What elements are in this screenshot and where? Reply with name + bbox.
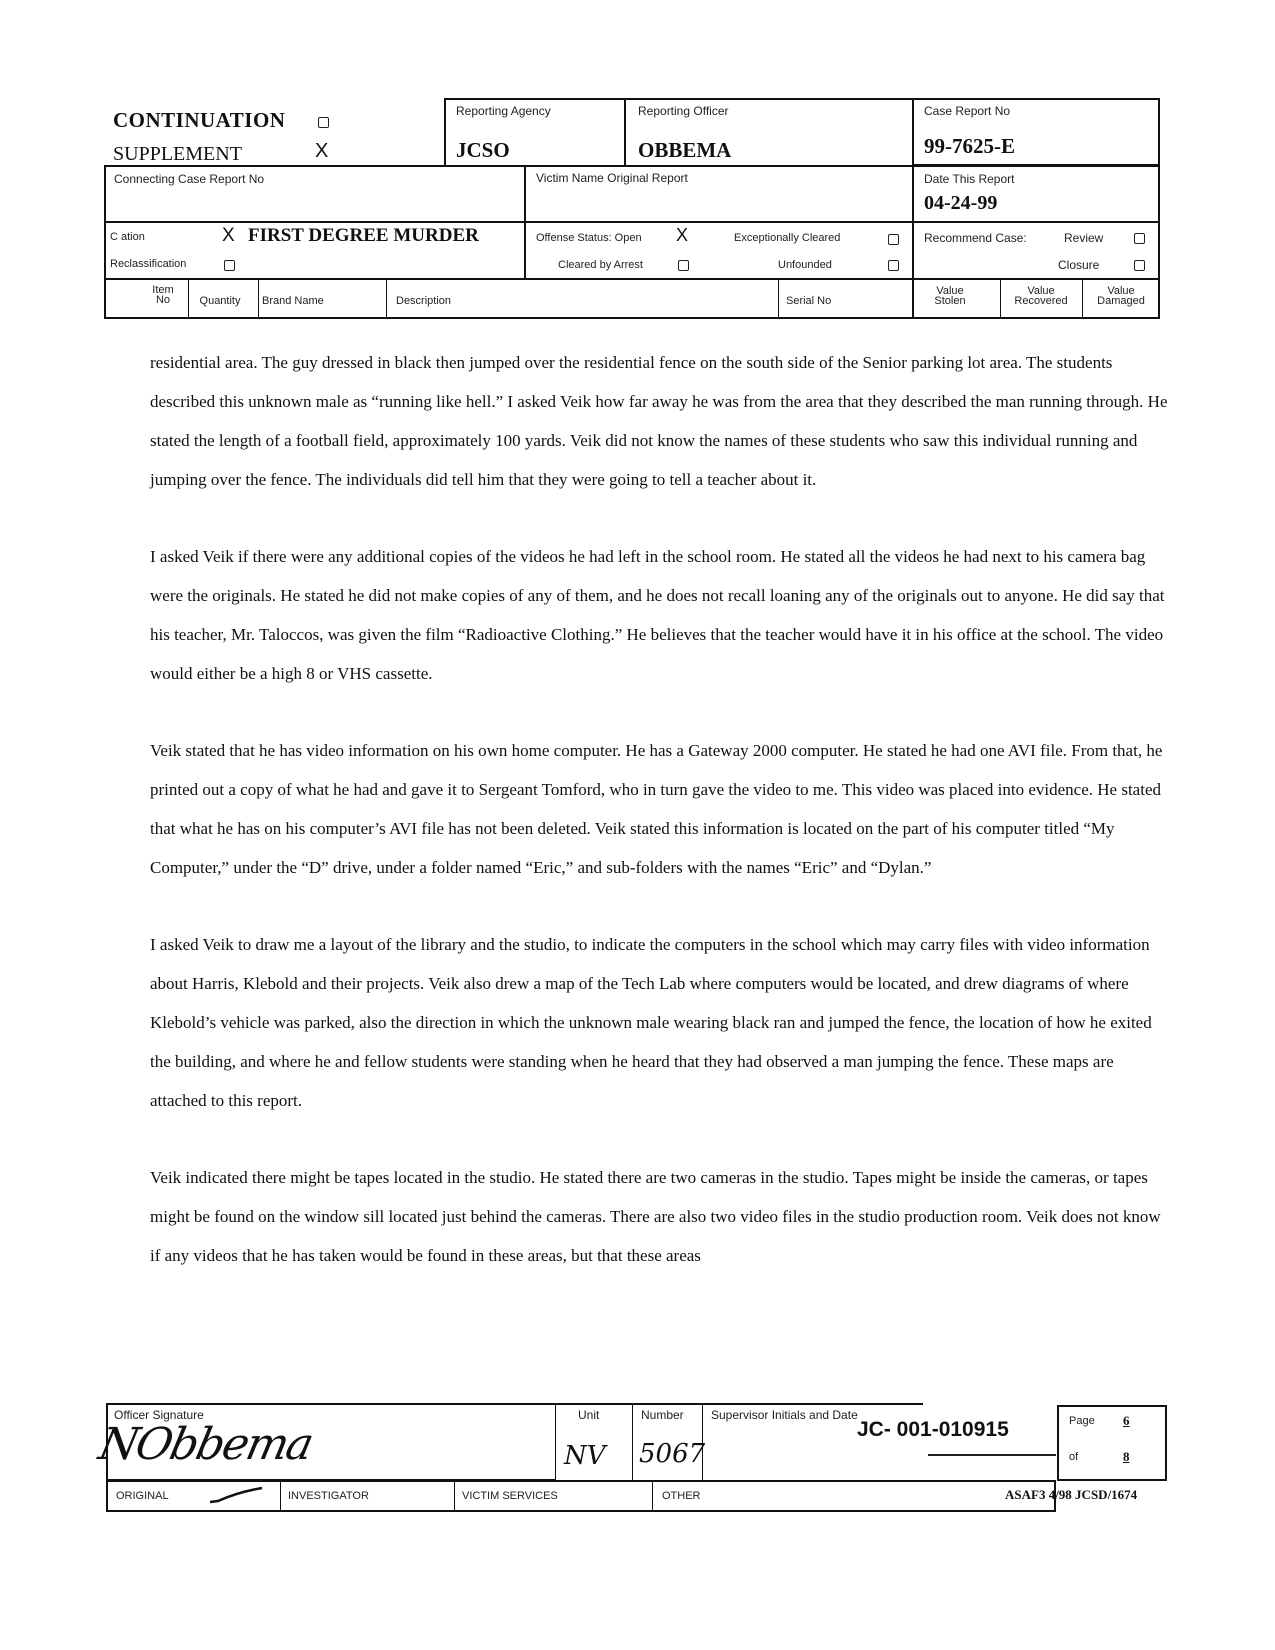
continuation-checkbox[interactable] bbox=[318, 117, 329, 128]
narrative-paragraph: Veik stated that he has video informatio… bbox=[150, 731, 1170, 887]
page-value: 6 bbox=[1123, 1413, 1130, 1429]
officer-signature: NObbema bbox=[95, 1419, 317, 1470]
reclassification-label: Reclassification bbox=[110, 258, 186, 270]
document-id: JC- 001-010915 bbox=[857, 1418, 1009, 1442]
case-report-no-field: Case Report No 99-7625-E bbox=[912, 98, 1160, 166]
form-code: ASAF3 4/98 JCSD/1674 bbox=[1005, 1487, 1137, 1503]
of-label: of bbox=[1069, 1451, 1078, 1463]
narrative-paragraph: I asked Veik if there were any additiona… bbox=[150, 537, 1170, 693]
report-narrative: residential area. The guy dressed in bla… bbox=[150, 343, 1170, 1313]
reporting-agency-value: JCSO bbox=[456, 138, 510, 163]
exceptionally-cleared-checkbox[interactable] bbox=[888, 234, 899, 245]
page-label: Page bbox=[1069, 1415, 1095, 1427]
officer-signature-field: Officer Signature NObbema bbox=[106, 1403, 556, 1481]
supplement-checked-mark: X bbox=[315, 140, 328, 163]
closure-checkbox[interactable] bbox=[1134, 260, 1145, 271]
dist-investigator: INVESTIGATOR bbox=[288, 1490, 369, 1502]
closure-label: Closure bbox=[1058, 258, 1099, 272]
col-value-damaged: Value Damaged bbox=[1086, 286, 1156, 306]
unit-field: Unit NV bbox=[556, 1403, 633, 1481]
narrative-paragraph: I asked Veik to draw me a layout of the … bbox=[150, 925, 1170, 1120]
distribution-row: ORIGINAL INVESTIGATOR VICTIM SERVICES OT… bbox=[106, 1480, 1056, 1512]
recommend-case-label: Recommend Case: bbox=[924, 231, 1027, 245]
review-label: Review bbox=[1064, 231, 1103, 245]
cleared-by-arrest-label: Cleared by Arrest bbox=[558, 259, 643, 271]
reporting-officer-value: OBBEMA bbox=[638, 138, 731, 163]
date-label: Date This Report bbox=[924, 172, 1015, 186]
col-description: Description bbox=[396, 296, 476, 306]
dist-victim-services: VICTIM SERVICES bbox=[462, 1490, 558, 1502]
unit-value: NV bbox=[564, 1441, 606, 1471]
col-serial-no: Serial No bbox=[786, 296, 846, 306]
dist-original: ORIGINAL bbox=[116, 1490, 169, 1502]
unfounded-label: Unfounded bbox=[778, 259, 832, 271]
case-report-no-label: Case Report No bbox=[924, 104, 1010, 118]
page-number-field: Page 6 of 8 bbox=[1057, 1405, 1167, 1481]
reporting-agency-label: Reporting Agency bbox=[456, 104, 551, 118]
connecting-case-label: Connecting Case Report No bbox=[114, 172, 264, 186]
col-brand-name: Brand Name bbox=[262, 296, 342, 306]
open-mark: X bbox=[676, 225, 688, 246]
narrative-paragraph: Veik indicated there might be tapes loca… bbox=[150, 1158, 1170, 1275]
number-value: 5067 bbox=[639, 1439, 705, 1469]
reporting-officer-label: Reporting Officer bbox=[638, 104, 729, 118]
checkmark-icon bbox=[208, 1486, 264, 1506]
reporting-agency-field: Reporting Agency JCSO bbox=[444, 98, 624, 166]
narrative-paragraph: residential area. The guy dressed in bla… bbox=[150, 343, 1170, 499]
date-value: 04-24-99 bbox=[924, 192, 997, 215]
number-label: Number bbox=[641, 1408, 684, 1422]
classification-value: FIRST DEGREE MURDER bbox=[248, 225, 479, 247]
classification-row: C ation X FIRST DEGREE MURDER Reclassifi… bbox=[104, 222, 1160, 280]
total-pages-value: 8 bbox=[1123, 1449, 1130, 1465]
property-table-header: Item No Quantity Brand Name Description … bbox=[104, 279, 1160, 319]
unit-label: Unit bbox=[578, 1408, 599, 1422]
form-type-continuation: CONTINUATION bbox=[113, 108, 285, 133]
reclassification-checkbox[interactable] bbox=[224, 260, 235, 271]
number-field: Number 5067 bbox=[633, 1403, 703, 1481]
unfounded-checkbox[interactable] bbox=[888, 260, 899, 271]
col-item-no: Item No bbox=[148, 285, 178, 305]
supervisor-field: Supervisor Initials and Date bbox=[703, 1403, 923, 1481]
classification-label: C ation bbox=[110, 231, 145, 243]
exceptionally-cleared-label: Exceptionally Cleared bbox=[734, 232, 840, 244]
form-type-supplement: SUPPLEMENT bbox=[113, 143, 242, 166]
col-value-recovered: Value Recovered bbox=[1004, 286, 1078, 306]
victim-name-label: Victim Name Original Report bbox=[536, 171, 688, 185]
offense-status-label: Offense Status: Open bbox=[536, 232, 642, 244]
case-info-row: Connecting Case Report No Victim Name Or… bbox=[104, 165, 1160, 223]
supervisor-label: Supervisor Initials and Date bbox=[711, 1408, 858, 1422]
review-checkbox[interactable] bbox=[1134, 233, 1145, 244]
col-quantity: Quantity bbox=[190, 296, 250, 306]
col-value-stolen: Value Stolen bbox=[922, 286, 978, 306]
dist-other: OTHER bbox=[662, 1490, 701, 1502]
reporting-officer-field: Reporting Officer OBBEMA bbox=[624, 98, 914, 166]
case-report-no-value: 99-7625-E bbox=[924, 134, 1015, 159]
cleared-by-arrest-checkbox[interactable] bbox=[678, 260, 689, 271]
classification-mark: X bbox=[222, 225, 235, 247]
